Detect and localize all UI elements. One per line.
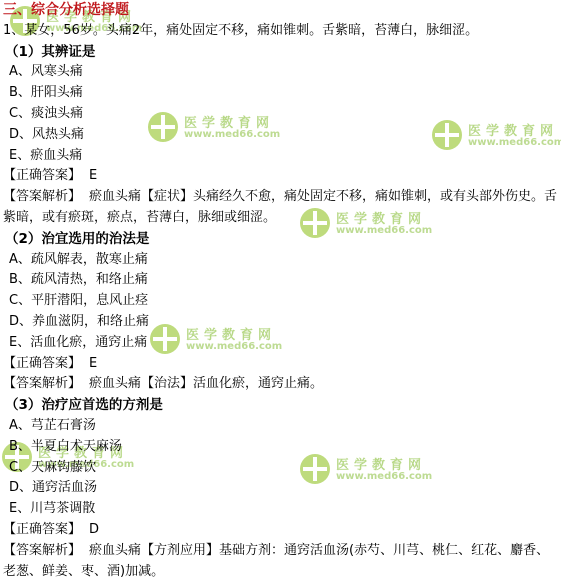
answer-value: E [89,356,97,371]
sub-question-1: （1）其辨证是 A、风寒头痛 B、肝阳头痛 C、痰浊头痛 D、风热头痛 E、瘀血… [3,42,559,229]
option-b: B、半夏白术天麻汤 [3,437,559,458]
sub-question-title: （1）其辨证是 [3,42,559,63]
option-b: B、疏风清热，和络止痛 [3,270,559,291]
answer-label: 【正确答案】 [3,356,81,371]
question-document: 三、综合分析选择题 1、某女，56岁。头痛2年，痛处固定不移，痛如锥刺。舌紫暗，… [3,0,559,582]
option-a: A、风寒头痛 [3,62,559,83]
correct-answer: 【正确答案】E [3,166,559,187]
option-d: D、通窍活血汤 [3,478,559,499]
section-title: 三、综合分析选择题 [3,0,559,21]
answer-label: 【正确答案】 [3,522,81,537]
option-b: B、肝阳头痛 [3,83,559,104]
answer-value: E [89,168,97,183]
sub-question-title: （3）治疗应首选的方剂是 [3,395,559,416]
explain-text: 瘀血头痛【治法】活血化瘀，通窍止痛。 [89,376,323,391]
correct-answer: 【正确答案】D [3,520,559,541]
explain-label: 【答案解析】 [3,376,81,391]
answer-explanation: 【答案解析】瘀血头痛【方剂应用】基础方剂：通窍活血汤(赤芍、川芎、桃仁、红花、麝… [3,541,559,582]
option-d: D、养血滋阴，和络止痛 [3,312,559,333]
explain-label: 【答案解析】 [3,543,81,558]
question-stem: 1、某女，56岁。头痛2年，痛处固定不移，痛如锥刺。舌紫暗，苔薄白，脉细涩。 [3,21,559,42]
sub-question-title: （2）治宜选用的治法是 [3,229,559,250]
option-a: A、芎芷石膏汤 [3,416,559,437]
option-a: A、疏风解表，散寒止痛 [3,250,559,271]
option-c: C、痰浊头痛 [3,104,559,125]
answer-explanation: 【答案解析】瘀血头痛【治法】活血化瘀，通窍止痛。 [3,374,559,395]
option-e: E、川芎茶调散 [3,499,559,520]
sub-question-3: （3）治疗应首选的方剂是 A、芎芷石膏汤 B、半夏白术天麻汤 C、天麻钩藤饮 D… [3,395,559,582]
answer-label: 【正确答案】 [3,168,81,183]
correct-answer: 【正确答案】E [3,354,559,375]
explain-text: 瘀血头痛【症状】头痛经久不愈，痛处固定不移，痛如锥刺，或有头部外伤史。舌紫暗，或… [3,189,557,225]
explain-text: 瘀血头痛【方剂应用】基础方剂：通窍活血汤(赤芍、川芎、桃仁、红花、麝香、老葱、鲜… [3,543,549,579]
option-e: E、瘀血头痛 [3,146,559,167]
option-e: E、活血化瘀，通窍止痛 [3,333,559,354]
answer-value: D [89,522,99,537]
sub-question-2: （2）治宜选用的治法是 A、疏风解表，散寒止痛 B、疏风清热，和络止痛 C、平肝… [3,229,559,395]
explain-label: 【答案解析】 [3,189,81,204]
option-c: C、平肝潜阳，息风止痉 [3,291,559,312]
option-d: D、风热头痛 [3,125,559,146]
answer-explanation: 【答案解析】瘀血头痛【症状】头痛经久不愈，痛处固定不移，痛如锥刺，或有头部外伤史… [3,187,559,229]
option-c: C、天麻钩藤饮 [3,458,559,479]
